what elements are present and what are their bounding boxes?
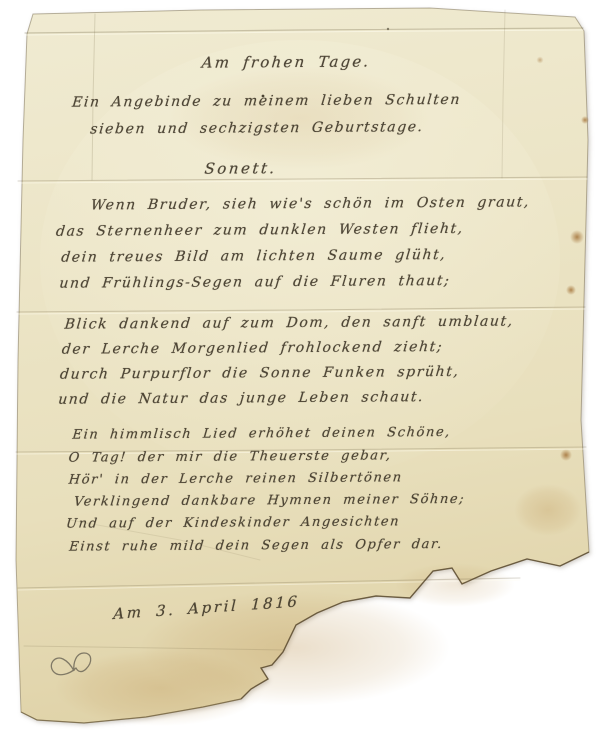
aged-paper-sheet xyxy=(0,0,600,738)
foxing-spot xyxy=(560,449,572,461)
foxing-spot xyxy=(570,230,584,244)
foxing-spot xyxy=(537,57,544,64)
ink-speck xyxy=(262,95,265,98)
scanned-document: Am frohen Tage. Ein Angebinde zu meinem … xyxy=(0,0,600,738)
foxing-spot xyxy=(566,285,576,295)
foxing-spot xyxy=(581,116,589,124)
